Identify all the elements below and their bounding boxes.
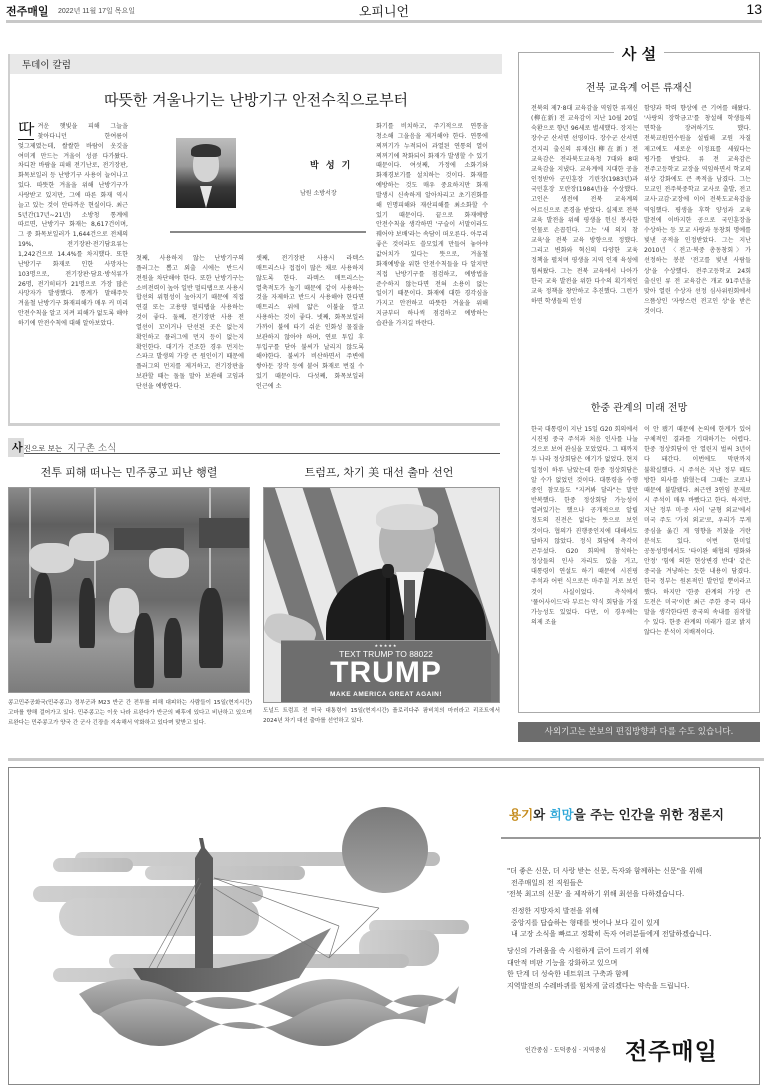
photo-element	[134, 613, 154, 688]
photo-title-congo: 전투 피해 떠나는 민주콩고 피난 행렬	[8, 464, 250, 480]
photo-element	[199, 518, 249, 548]
photo-heading-mid: 진으로 보는	[24, 444, 63, 453]
podium-stars: ★★★★★	[281, 643, 491, 648]
page-number: 13	[746, 1, 762, 17]
header-divider	[6, 20, 762, 23]
editorial-title-1: 전북 교육계 어른 류재신	[519, 79, 759, 94]
editorial-1-left: 전북의 제7·8대 교육감을 역임한 류재신(柳在新) 전 교육감이 지난 10…	[531, 104, 638, 376]
photo-element	[149, 548, 189, 578]
podium-text-line3: MAKE AMERICA GREAT AGAIN!	[281, 691, 491, 698]
photo-element	[34, 573, 52, 643]
author-name: 박 성 기	[310, 158, 352, 171]
column-headline: 따뜻한 겨울나기는 난방기구 안전수칙으로부터	[10, 89, 502, 110]
ad-slogan: 용기와 희망을 주는 인간을 위한 정론지	[509, 805, 724, 823]
photo-heading-light: 지구촌 소식	[67, 443, 116, 454]
column-text-col2: 첫째, 사용하지 않는 난방기구의 플러그는 뽑고 외출 시에는 반드시 전원을…	[136, 254, 244, 412]
photo-title-trump: 트럼프, 차기 美 대선 출마 선언	[258, 464, 500, 480]
microphone-icon	[386, 570, 390, 645]
photo-element	[199, 588, 223, 668]
today-column: 투데이 칼럼 따뜻한 겨울나기는 난방기구 안전수칙으로부터 따 겨운 햇빛을 …	[8, 54, 500, 426]
ad-divider	[501, 837, 761, 839]
photo-trump[interactable]: ★★★★★ TEXT TRUMP TO 88022 TRUMP MAKE AME…	[263, 487, 500, 703]
editorial-box: 사 설 전북 교육계 어른 류재신 전북의 제7·8대 교육감을 역임한 류재신…	[518, 52, 760, 713]
ad-logo: 전주매일	[625, 1033, 718, 1066]
portrait-hair	[191, 144, 221, 157]
editorial-2-right: 이 안 됐기 때문에 논의에 한계가 있어 구체적인 결과를 기대하기는 어렵다…	[644, 425, 751, 707]
ad-paragraph-3: 당신의 가려움을 속 시원하게 긁어 드리기 위해 대안적 비판 기능을 강화하…	[507, 946, 689, 992]
dropcap: 따	[18, 122, 34, 140]
column-tab-label: 투데이 칼럼	[22, 57, 71, 71]
column-text-col1: 따 겨운 햇빛을 피해 그늘을 찾아다니던 한여름이 엊그제였는데, 쌀쌀한 바…	[18, 122, 128, 412]
section-divider	[8, 758, 764, 761]
page-header: 전주매일 2022년 11월 17일 목요일 오피니언 13	[6, 0, 762, 22]
ad-paragraph-2: 진정한 지방자치 발전을 위해 중앙지를 답습하는 형태를 벗어나 보다 깊이 …	[507, 906, 711, 941]
editorial-title-2: 한중 관계의 미래 전망	[519, 399, 759, 414]
photo-element	[29, 488, 31, 598]
photo-element	[376, 504, 438, 530]
column-tab: 투데이 칼럼	[10, 54, 502, 74]
podium-sign: ★★★★★ TEXT TRUMP TO 88022 TRUMP MAKE AME…	[281, 640, 491, 703]
ad-paragraph-1: "더 좋은 신문, 더 사랑 받는 신문, 독자와 함께하는 신문"을 위해 전…	[507, 866, 702, 901]
editorial-1-right: 함양과 학력 향상에 큰 기여를 해왔다. '사랑의 장학금고'를 창설해 학생…	[644, 104, 751, 376]
column-text-col3: 셋째, 전기장판 사용시 라텍스 매트리스나 접접이 많은 채로 사용하지 않도…	[256, 254, 364, 412]
photo-congo-refugees[interactable]	[8, 487, 250, 693]
section-title: 오피니언	[6, 1, 762, 20]
photo-element	[69, 533, 109, 561]
photo-element	[114, 528, 184, 550]
photo-element	[79, 578, 95, 648]
author-portrait	[176, 138, 236, 208]
photo-element	[404, 580, 415, 640]
portrait-shirt	[200, 186, 212, 208]
microphone-head	[382, 564, 394, 578]
column-text-col4: 화기를 비치하고, 주기적으로 연통을 청소해 그을음을 제거해야 한다. 연통…	[376, 122, 488, 412]
photo-element	[29, 543, 74, 573]
author-title: 남원 소방서장	[300, 188, 337, 197]
photo-caption-trump: 도널드 트럼프 전 미국 대통령이 15일(현지시간) 플로리다주 팜비치의 마…	[263, 706, 500, 726]
editorial-disclaimer: 사외기고는 본보의 편집방향과 다를 수도 있습니다.	[518, 722, 760, 742]
photo-heading-initial: 사	[8, 438, 24, 457]
photo-news-heading: 사진으로 보는 지구촌 소식	[8, 436, 500, 454]
photo-caption-congo: 콩고민주공화국(민주콩고) 정부군과 M23 반군 간 전투를 피해 대피하는 …	[8, 698, 252, 728]
editorial-label: 사 설	[519, 43, 759, 64]
podium-text-line2: TRUMP	[281, 658, 491, 688]
ad-tagline: 인간중심 · 도덕중심 · 지역중심	[525, 1045, 606, 1054]
portrait-divider	[170, 231, 366, 233]
ship-illustration	[9, 768, 479, 1084]
photo-element	[164, 618, 182, 678]
editorial-2-left: 한국 대통령이 지난 15일 G20 회의에서 시진핑 중국 주석과 처음 인사…	[531, 425, 638, 707]
